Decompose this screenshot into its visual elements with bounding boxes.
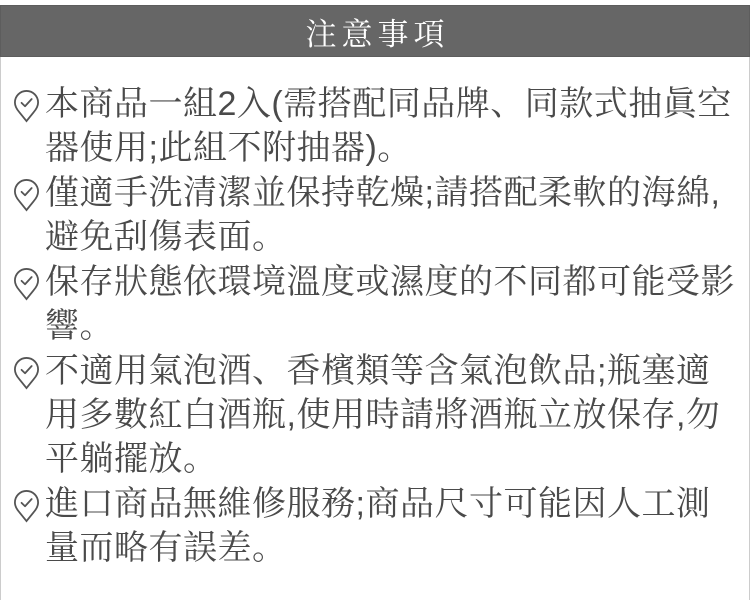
notice-text: 保存狀態依環境溫度或濕度的不同都可能受影響。	[45, 260, 743, 348]
product-notice-section: 注意事項 本商品一組2入(需搭配同品牌、同款式抽眞空器使用;此組不附抽器)。	[0, 5, 750, 600]
notice-text: 僅適手洗清潔並保持乾燥;請搭配柔軟的海綿,避免刮傷表面。	[45, 171, 743, 259]
pin-check-icon	[13, 89, 45, 123]
pin-check-icon	[13, 267, 45, 301]
pin-check-icon	[13, 489, 45, 523]
notice-item: 不適用氣泡酒、香檳類等含氣泡飲品;瓶塞適用多數紅白酒瓶,使用時請將酒瓶立放保存,…	[13, 349, 743, 481]
notice-text: 不適用氣泡酒、香檳類等含氣泡飲品;瓶塞適用多數紅白酒瓶,使用時請將酒瓶立放保存,…	[45, 349, 743, 481]
notice-item: 本商品一組2入(需搭配同品牌、同款式抽眞空器使用;此組不附抽器)。	[13, 82, 743, 170]
pin-check-icon	[13, 356, 45, 390]
notice-item: 進口商品無維修服務;商品尺寸可能因人工測量而略有誤差。	[13, 482, 743, 570]
notice-list: 本商品一組2入(需搭配同品牌、同款式抽眞空器使用;此組不附抽器)。 僅適手洗清潔…	[13, 82, 743, 570]
page-title: 注意事項	[301, 9, 450, 54]
notice-text: 進口商品無維修服務;商品尺寸可能因人工測量而略有誤差。	[45, 482, 743, 570]
notice-text: 本商品一組2入(需搭配同品牌、同款式抽眞空器使用;此組不附抽器)。	[45, 82, 743, 170]
notice-box: 本商品一組2入(需搭配同品牌、同款式抽眞空器使用;此組不附抽器)。 僅適手洗清潔…	[0, 57, 750, 600]
notice-header: 注意事項	[0, 5, 750, 57]
notice-item: 僅適手洗清潔並保持乾燥;請搭配柔軟的海綿,避免刮傷表面。	[13, 171, 743, 259]
notice-item: 保存狀態依環境溫度或濕度的不同都可能受影響。	[13, 260, 743, 348]
pin-check-icon	[13, 178, 45, 212]
